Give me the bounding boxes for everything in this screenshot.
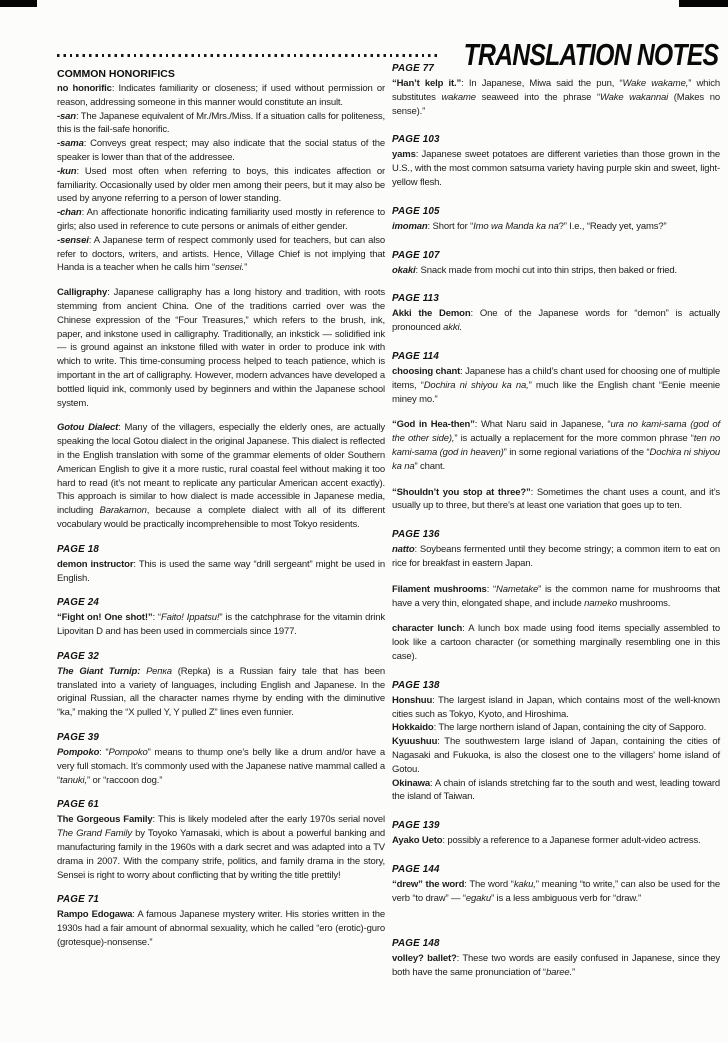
- text-run: : Soybeans fermented until they become s…: [392, 544, 720, 569]
- text-run-i: Faito! Ippatsu!: [161, 612, 219, 623]
- section-heading: PAGE 61: [57, 798, 385, 812]
- paragraph: choosing chant: Japanese has a child’s c…: [392, 365, 720, 406]
- text-run: seaweed into the phrase “: [476, 92, 600, 103]
- section-heading: PAGE 18: [57, 543, 385, 557]
- section-page-139: PAGE 139Ayako Ueto: possibly a reference…: [392, 819, 720, 848]
- text-run-b: Ayako Ueto: [392, 835, 442, 846]
- paragraph: Hokkaido: The large northern island of J…: [392, 721, 720, 735]
- section-page-61: PAGE 61The Gorgeous Family: This is like…: [57, 798, 385, 882]
- text-run: : Snack made from mochi cut into thin st…: [416, 265, 678, 276]
- section-heading: PAGE 107: [392, 249, 720, 263]
- paragraph: “Shouldn’t you stop at three?”: Sometime…: [392, 486, 720, 514]
- text-run-i: tanuki,: [60, 775, 87, 786]
- paragraph: Calligraphy: Japanese calligraphy has a …: [57, 286, 385, 410]
- translation-notes-page: TRANSLATION NOTES COMMON HONORIFICSno ho…: [0, 0, 728, 1043]
- section-page-103: PAGE 103yams: Japanese sweet potatoes ar…: [392, 133, 720, 189]
- text-run: : “: [99, 747, 108, 758]
- section-heading: PAGE 114: [392, 350, 720, 364]
- text-run: : The word “: [464, 879, 514, 890]
- section-page-71: PAGE 71Rampo Edogawa: A famous Japanese …: [57, 893, 385, 949]
- text-run: : The largest island in Japan, which con…: [392, 695, 720, 720]
- text-run: : Short for “: [428, 221, 474, 232]
- paragraph: Filament mushrooms: “Nametake” is the co…: [392, 583, 720, 611]
- section-page-138: PAGE 138Honshuu: The largest island in J…: [392, 679, 720, 804]
- text-run-i: Wake wakame,: [622, 78, 688, 89]
- paragraph: Ayako Ueto: possibly a reference to a Ja…: [392, 834, 720, 848]
- paragraph: “drew” the word: The word “kaku,” meanin…: [392, 878, 720, 906]
- scan-corner-mark-right: [679, 0, 728, 7]
- text-run-b: no honorific: [57, 83, 112, 94]
- paragraph: yams: Japanese sweet potatoes are differ…: [392, 148, 720, 189]
- text-run-i: Репка: [146, 666, 172, 677]
- text-run: : Used most often when referring to boys…: [57, 166, 385, 205]
- text-run-i: sensei.: [215, 262, 244, 273]
- section-heading: PAGE 24: [57, 596, 385, 610]
- text-run-bi: The Giant Turnip:: [57, 666, 146, 677]
- text-run: mushrooms.: [617, 598, 670, 609]
- text-run: ” is a less ambiguous verb for “draw.”: [491, 893, 641, 904]
- text-run: : A chain of islands stretching far to t…: [392, 778, 720, 803]
- paragraph: Gotou Dialect: Many of the villagers, es…: [57, 421, 385, 531]
- text-run: ” in some regional variations of the “: [504, 447, 650, 458]
- text-run-i: Pompoko: [109, 747, 148, 758]
- text-run-i: Nametake: [496, 584, 538, 595]
- section-gotou-dialect: Gotou Dialect: Many of the villagers, es…: [57, 421, 385, 531]
- text-run-bi: -san: [57, 111, 76, 122]
- text-run: : This is likely modeled after the early…: [153, 814, 386, 825]
- paragraph: no honorific: Indicates familiarity or c…: [57, 82, 385, 110]
- dotted-separator: [57, 54, 439, 57]
- columns: COMMON HONORIFICSno honorific: Indicates…: [57, 62, 719, 995]
- text-run: : What Naru said in Japanese, “: [475, 419, 611, 430]
- section-heading: PAGE 39: [57, 731, 385, 745]
- text-run-i: egaku: [466, 893, 491, 904]
- paragraph: -chan: An affectionate honorific indicat…: [57, 206, 385, 234]
- paragraph: The Giant Turnip: Репка (Repka) is a Rus…: [57, 665, 385, 720]
- text-run-b: demon instructor: [57, 559, 133, 570]
- section-common-honorifics: COMMON HONORIFICSno honorific: Indicates…: [57, 67, 385, 275]
- text-run-i: nameko: [584, 598, 617, 609]
- section-heading: PAGE 103: [392, 133, 720, 147]
- text-run-i: Wake wakannai: [600, 92, 668, 103]
- paragraph: imoman: Short for “Imo wa Manda ka na?” …: [392, 220, 720, 234]
- text-run-b: Kyuushuu: [392, 736, 437, 747]
- text-run-i: kaku,: [514, 879, 536, 890]
- section-page-144: PAGE 144“drew” the word: The word “kaku,…: [392, 863, 720, 906]
- scan-corner-mark-left: [0, 0, 37, 7]
- paragraph: demon instructor: This is used the same …: [57, 558, 385, 586]
- text-run-b: yams: [392, 149, 416, 160]
- text-run-b: “God in Hea-then”: [392, 419, 475, 430]
- paragraph: Rampo Edogawa: A famous Japanese mystery…: [57, 908, 385, 949]
- text-run-b: Calligraphy: [57, 287, 107, 298]
- text-run-b: character lunch: [392, 623, 462, 634]
- text-run-bi: Gotou Dialect: [57, 422, 118, 433]
- text-run-b: Honshuu: [392, 695, 432, 706]
- text-run: : “: [487, 584, 496, 595]
- text-run-b: “Fight on! One shot!”: [57, 612, 152, 623]
- section-heading: PAGE 71: [57, 893, 385, 907]
- paragraph: -kun: Used most often when referring to …: [57, 165, 385, 206]
- text-run-bi: okaki: [392, 265, 416, 276]
- text-run-i: The Grand Family: [57, 828, 132, 839]
- paragraph: natto: Soybeans fermented until they bec…: [392, 543, 720, 571]
- section-heading: PAGE 144: [392, 863, 720, 877]
- section-page-113: PAGE 113Akki the Demon: One of the Japan…: [392, 292, 720, 335]
- text-run-b: “drew” the word: [392, 879, 464, 890]
- text-run-i: akki.: [443, 322, 462, 333]
- text-run: : possibly a reference to a Japanese for…: [442, 835, 700, 846]
- text-run: ”: [244, 262, 247, 273]
- paragraph: “Fight on! One shot!”: “Faito! Ippatsu!”…: [57, 611, 385, 639]
- text-run: : Japanese calligraphy has a long histor…: [57, 287, 385, 408]
- text-run: ” is actually a replacement for the more…: [454, 433, 693, 444]
- text-run-bi: Pompoko: [57, 747, 99, 758]
- section-page-32: PAGE 32The Giant Turnip: Репка (Repka) i…: [57, 650, 385, 720]
- column-right: PAGE 77“Han’t kelp it.”: In Japanese, Mi…: [392, 62, 720, 995]
- text-run-i: baree.: [546, 967, 572, 978]
- text-run-bi: -sensei: [57, 235, 89, 246]
- text-run-b: Hokkaido: [392, 722, 434, 733]
- paragraph: “Han’t kelp it.”: In Japanese, Miwa said…: [392, 77, 720, 118]
- text-run-i: wakame: [441, 92, 475, 103]
- text-run: : The southwestern large island of Japan…: [392, 736, 720, 775]
- section-heading: PAGE 77: [392, 62, 720, 76]
- paragraph: volley? ballet?: These two words are eas…: [392, 952, 720, 980]
- text-run: : “: [152, 612, 161, 623]
- text-run: : Conveys great respect; may also indica…: [57, 138, 385, 163]
- text-run-b: Okinawa: [392, 778, 430, 789]
- text-run-b: volley? ballet?: [392, 953, 457, 964]
- text-run-b: Rampo Edogawa: [57, 909, 132, 920]
- text-run-i: Dochira ni shiyou ka na,: [424, 380, 529, 391]
- text-run: : Many of the villagers, especially the …: [57, 422, 385, 516]
- section-page-39: PAGE 39Pompoko: “Pompoko” means to thump…: [57, 731, 385, 787]
- text-run-b: “Shouldn’t you stop at three?”: [392, 487, 531, 498]
- text-run-bi: natto: [392, 544, 414, 555]
- text-run: ?” I.e., “Ready yet, yams?”: [559, 221, 667, 232]
- paragraph: Kyuushuu: The southwestern large island …: [392, 735, 720, 776]
- paragraph: -san: The Japanese equivalent of Mr./Mrs…: [57, 110, 385, 138]
- paragraph: Akki the Demon: One of the Japanese word…: [392, 307, 720, 335]
- paragraph: The Gorgeous Family: This is likely mode…: [57, 813, 385, 882]
- text-run-b: “Han’t kelp it.”: [392, 78, 461, 89]
- paragraph: “God in Hea-then”: What Naru said in Jap…: [392, 418, 720, 473]
- text-run-bi: -kun: [57, 166, 76, 177]
- section-heading: PAGE 138: [392, 679, 720, 693]
- text-run: : The large northern island of Japan, co…: [434, 722, 707, 733]
- text-run: ” or “raccoon dog.”: [87, 775, 162, 786]
- section-page-107: PAGE 107okaki: Snack made from mochi cut…: [392, 249, 720, 278]
- text-run: : An affectionate honorific indicating f…: [57, 207, 385, 232]
- section-page-114: PAGE 114choosing chant: Japanese has a c…: [392, 350, 720, 513]
- text-run-b: Filament mushrooms: [392, 584, 487, 595]
- text-run-b: choosing chant: [392, 366, 460, 377]
- text-run-b: The Gorgeous Family: [57, 814, 153, 825]
- paragraph: okaki: Snack made from mochi cut into th…: [392, 264, 720, 278]
- section-page-18: PAGE 18demon instructor: This is used th…: [57, 543, 385, 586]
- section-page-148: PAGE 148volley? ballet?: These two words…: [392, 937, 720, 980]
- text-run: : In Japanese, Miwa said the pun, “: [461, 78, 622, 89]
- section-heading: PAGE 32: [57, 650, 385, 664]
- paragraph: Honshuu: The largest island in Japan, wh…: [392, 694, 720, 722]
- paragraph: -sama: Conveys great respect; may also i…: [57, 137, 385, 165]
- section-heading: PAGE 139: [392, 819, 720, 833]
- column-left: COMMON HONORIFICSno honorific: Indicates…: [57, 62, 385, 961]
- text-run-bi: imoman: [392, 221, 428, 232]
- paragraph: character lunch: A lunch box made using …: [392, 622, 720, 663]
- text-run-bi: -chan: [57, 207, 82, 218]
- text-run: ”: [572, 967, 575, 978]
- text-run: ” chant.: [415, 461, 445, 472]
- section-page-105: PAGE 105imoman: Short for “Imo wa Manda …: [392, 205, 720, 234]
- section-heading: COMMON HONORIFICS: [57, 67, 385, 81]
- section-page-24: PAGE 24“Fight on! One shot!”: “Faito! Ip…: [57, 596, 385, 639]
- paragraph: -sensei: A Japanese term of respect comm…: [57, 234, 385, 275]
- section-heading: PAGE 105: [392, 205, 720, 219]
- text-run: : The Japanese equivalent of Mr./Mrs./Mi…: [57, 111, 385, 136]
- text-run: : Japanese sweet potatoes are different …: [392, 149, 720, 188]
- paragraph: Pompoko: “Pompoko” means to thump one’s …: [57, 746, 385, 787]
- section-heading: PAGE 113: [392, 292, 720, 306]
- section-heading: PAGE 136: [392, 528, 720, 542]
- section-calligraphy: Calligraphy: Japanese calligraphy has a …: [57, 286, 385, 410]
- text-run-bi: -sama: [57, 138, 84, 149]
- text-run-b: Akki the Demon: [392, 308, 471, 319]
- text-run-i: Barakamon: [100, 505, 147, 516]
- text-run-i: Imo wa Manda ka na: [473, 221, 559, 232]
- section-page-77: PAGE 77“Han’t kelp it.”: In Japanese, Mi…: [392, 62, 720, 118]
- section-heading: PAGE 148: [392, 937, 720, 951]
- section-page-136: PAGE 136natto: Soybeans fermented until …: [392, 528, 720, 664]
- paragraph: Okinawa: A chain of islands stretching f…: [392, 777, 720, 805]
